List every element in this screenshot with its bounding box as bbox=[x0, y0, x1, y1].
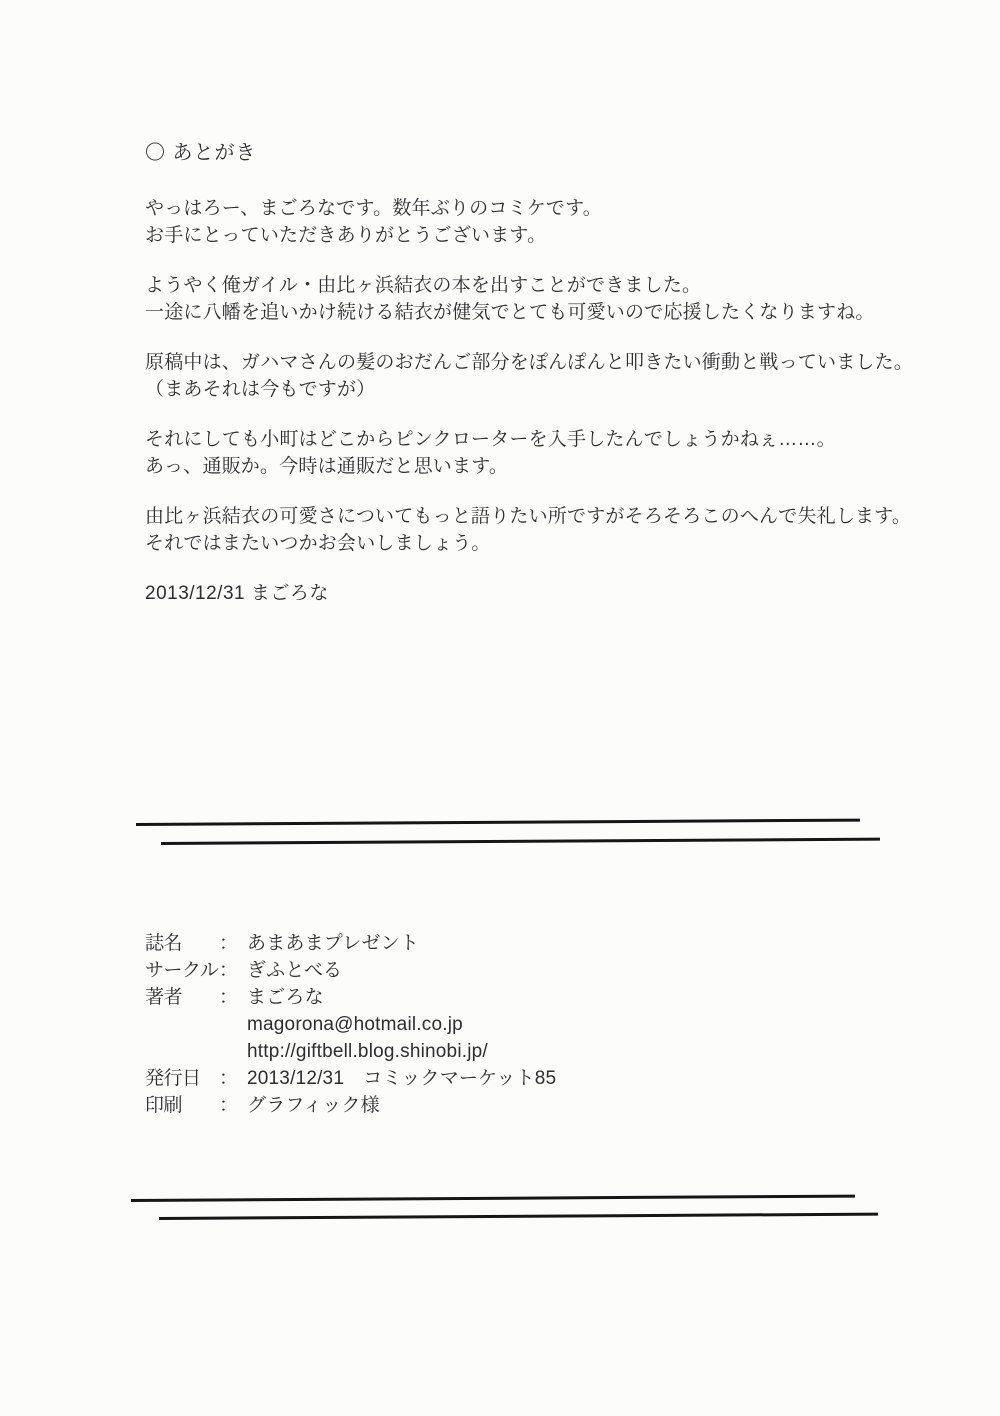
text-line: やっはろー、まごろなです。数年ぶりのコミケです。 bbox=[145, 195, 890, 222]
colophon-row-title: 誌名 ： あまあまプレゼント bbox=[145, 930, 845, 957]
colophon-url: http://giftbell.blog.shinobi.jp/ bbox=[247, 1038, 488, 1065]
afterword-paragraph-4: それにしても小町はどこからピンクローターを入手したんでしょうかねぇ……。 あっ、… bbox=[145, 426, 890, 480]
colophon-row-publication-date: 発行日 ： 2013/12/31 コミックマーケット85 bbox=[145, 1065, 845, 1092]
text-line: 原稿中は、ガハマさんの髪のおだんご部分をぽんぽんと叩きたい衝動と戦っていました。 bbox=[145, 349, 890, 376]
colophon-colon bbox=[219, 1011, 235, 1038]
afterword-paragraph-3: 原稿中は、ガハマさんの髪のおだんご部分をぽんぽんと叩きたい衝動と戦っていました。… bbox=[145, 349, 890, 403]
text-line: それにしても小町はどこからピンクローターを入手したんでしょうかねぇ……。 bbox=[145, 426, 890, 453]
colophon-value: グラフィック様 bbox=[247, 1092, 380, 1119]
text-line: それではまたいつかお会いしましょう。 bbox=[145, 530, 890, 557]
colophon-section: 誌名 ： あまあまプレゼント サークル ： ぎふとべる 著者 ： まごろな ma… bbox=[145, 930, 845, 1119]
scanned-afterword-page: 〇 あとがき やっはろー、まごろなです。数年ぶりのコミケです。 お手にとっていた… bbox=[0, 0, 1000, 1416]
colophon-label: 誌名 bbox=[145, 930, 219, 957]
colophon-label: サークル bbox=[145, 957, 219, 984]
afterword-section: 〇 あとがき やっはろー、まごろなです。数年ぶりのコミケです。 お手にとっていた… bbox=[145, 140, 890, 607]
colophon-value: 2013/12/31 コミックマーケット85 bbox=[247, 1065, 556, 1092]
afterword-paragraph-5: 由比ヶ浜結衣の可愛さについてもっと語りたい所ですがそろそろこのへんで失礼します。… bbox=[145, 503, 890, 557]
text-line: （まあそれは今もですが） bbox=[145, 376, 890, 403]
colophon-colon: ： bbox=[219, 1065, 235, 1092]
colophon-row-email: magorona@hotmail.co.jp bbox=[145, 1011, 845, 1038]
text-line: お手にとっていただきありがとうございます。 bbox=[145, 222, 890, 249]
colophon-row-printer: 印刷 ： グラフィック様 bbox=[145, 1092, 845, 1119]
colophon-colon: ： bbox=[219, 957, 235, 984]
divider-line-bottom-2 bbox=[159, 1213, 878, 1220]
afterword-heading: 〇 あとがき bbox=[145, 140, 890, 167]
text-line: あっ、通販か。今時は通販だと思います。 bbox=[145, 453, 890, 480]
colophon-row-author: 著者 ： まごろな bbox=[145, 984, 845, 1011]
colophon-colon: ： bbox=[219, 930, 235, 957]
text-line: ようやく俺ガイル・由比ヶ浜結衣の本を出すことができました。 bbox=[145, 272, 890, 299]
divider-line-top-2 bbox=[161, 838, 880, 845]
colophon-label bbox=[145, 1038, 219, 1065]
colophon-email: magorona@hotmail.co.jp bbox=[247, 1011, 463, 1038]
colophon-row-circle: サークル ： ぎふとべる bbox=[145, 957, 845, 984]
afterword-paragraph-1: やっはろー、まごろなです。数年ぶりのコミケです。 お手にとっていただきありがとう… bbox=[145, 195, 890, 249]
colophon-label bbox=[145, 1011, 219, 1038]
colophon-colon bbox=[219, 1038, 235, 1065]
signoff-date-author: 2013/12/31 まごろな bbox=[145, 580, 890, 607]
divider-line-top-1 bbox=[136, 819, 860, 826]
colophon-label: 発行日 bbox=[145, 1065, 219, 1092]
afterword-paragraph-2: ようやく俺ガイル・由比ヶ浜結衣の本を出すことができました。 一途に八幡を追いかけ… bbox=[145, 272, 890, 326]
text-line: 由比ヶ浜結衣の可愛さについてもっと語りたい所ですがそろそろこのへんで失礼します。 bbox=[145, 503, 890, 530]
divider-line-bottom-1 bbox=[131, 1195, 855, 1202]
colophon-colon: ： bbox=[219, 1092, 235, 1119]
colophon-row-website: http://giftbell.blog.shinobi.jp/ bbox=[145, 1038, 845, 1065]
colophon-label: 印刷 bbox=[145, 1092, 219, 1119]
colophon-label: 著者 bbox=[145, 984, 219, 1011]
text-line: 一途に八幡を追いかけ続ける結衣が健気でとても可愛いので応援したくなりますね。 bbox=[145, 299, 890, 326]
colophon-value: ぎふとべる bbox=[247, 957, 342, 984]
colophon-value: あまあまプレゼント bbox=[247, 930, 419, 957]
colophon-colon: ： bbox=[219, 984, 235, 1011]
colophon-value: まごろな bbox=[247, 984, 324, 1011]
